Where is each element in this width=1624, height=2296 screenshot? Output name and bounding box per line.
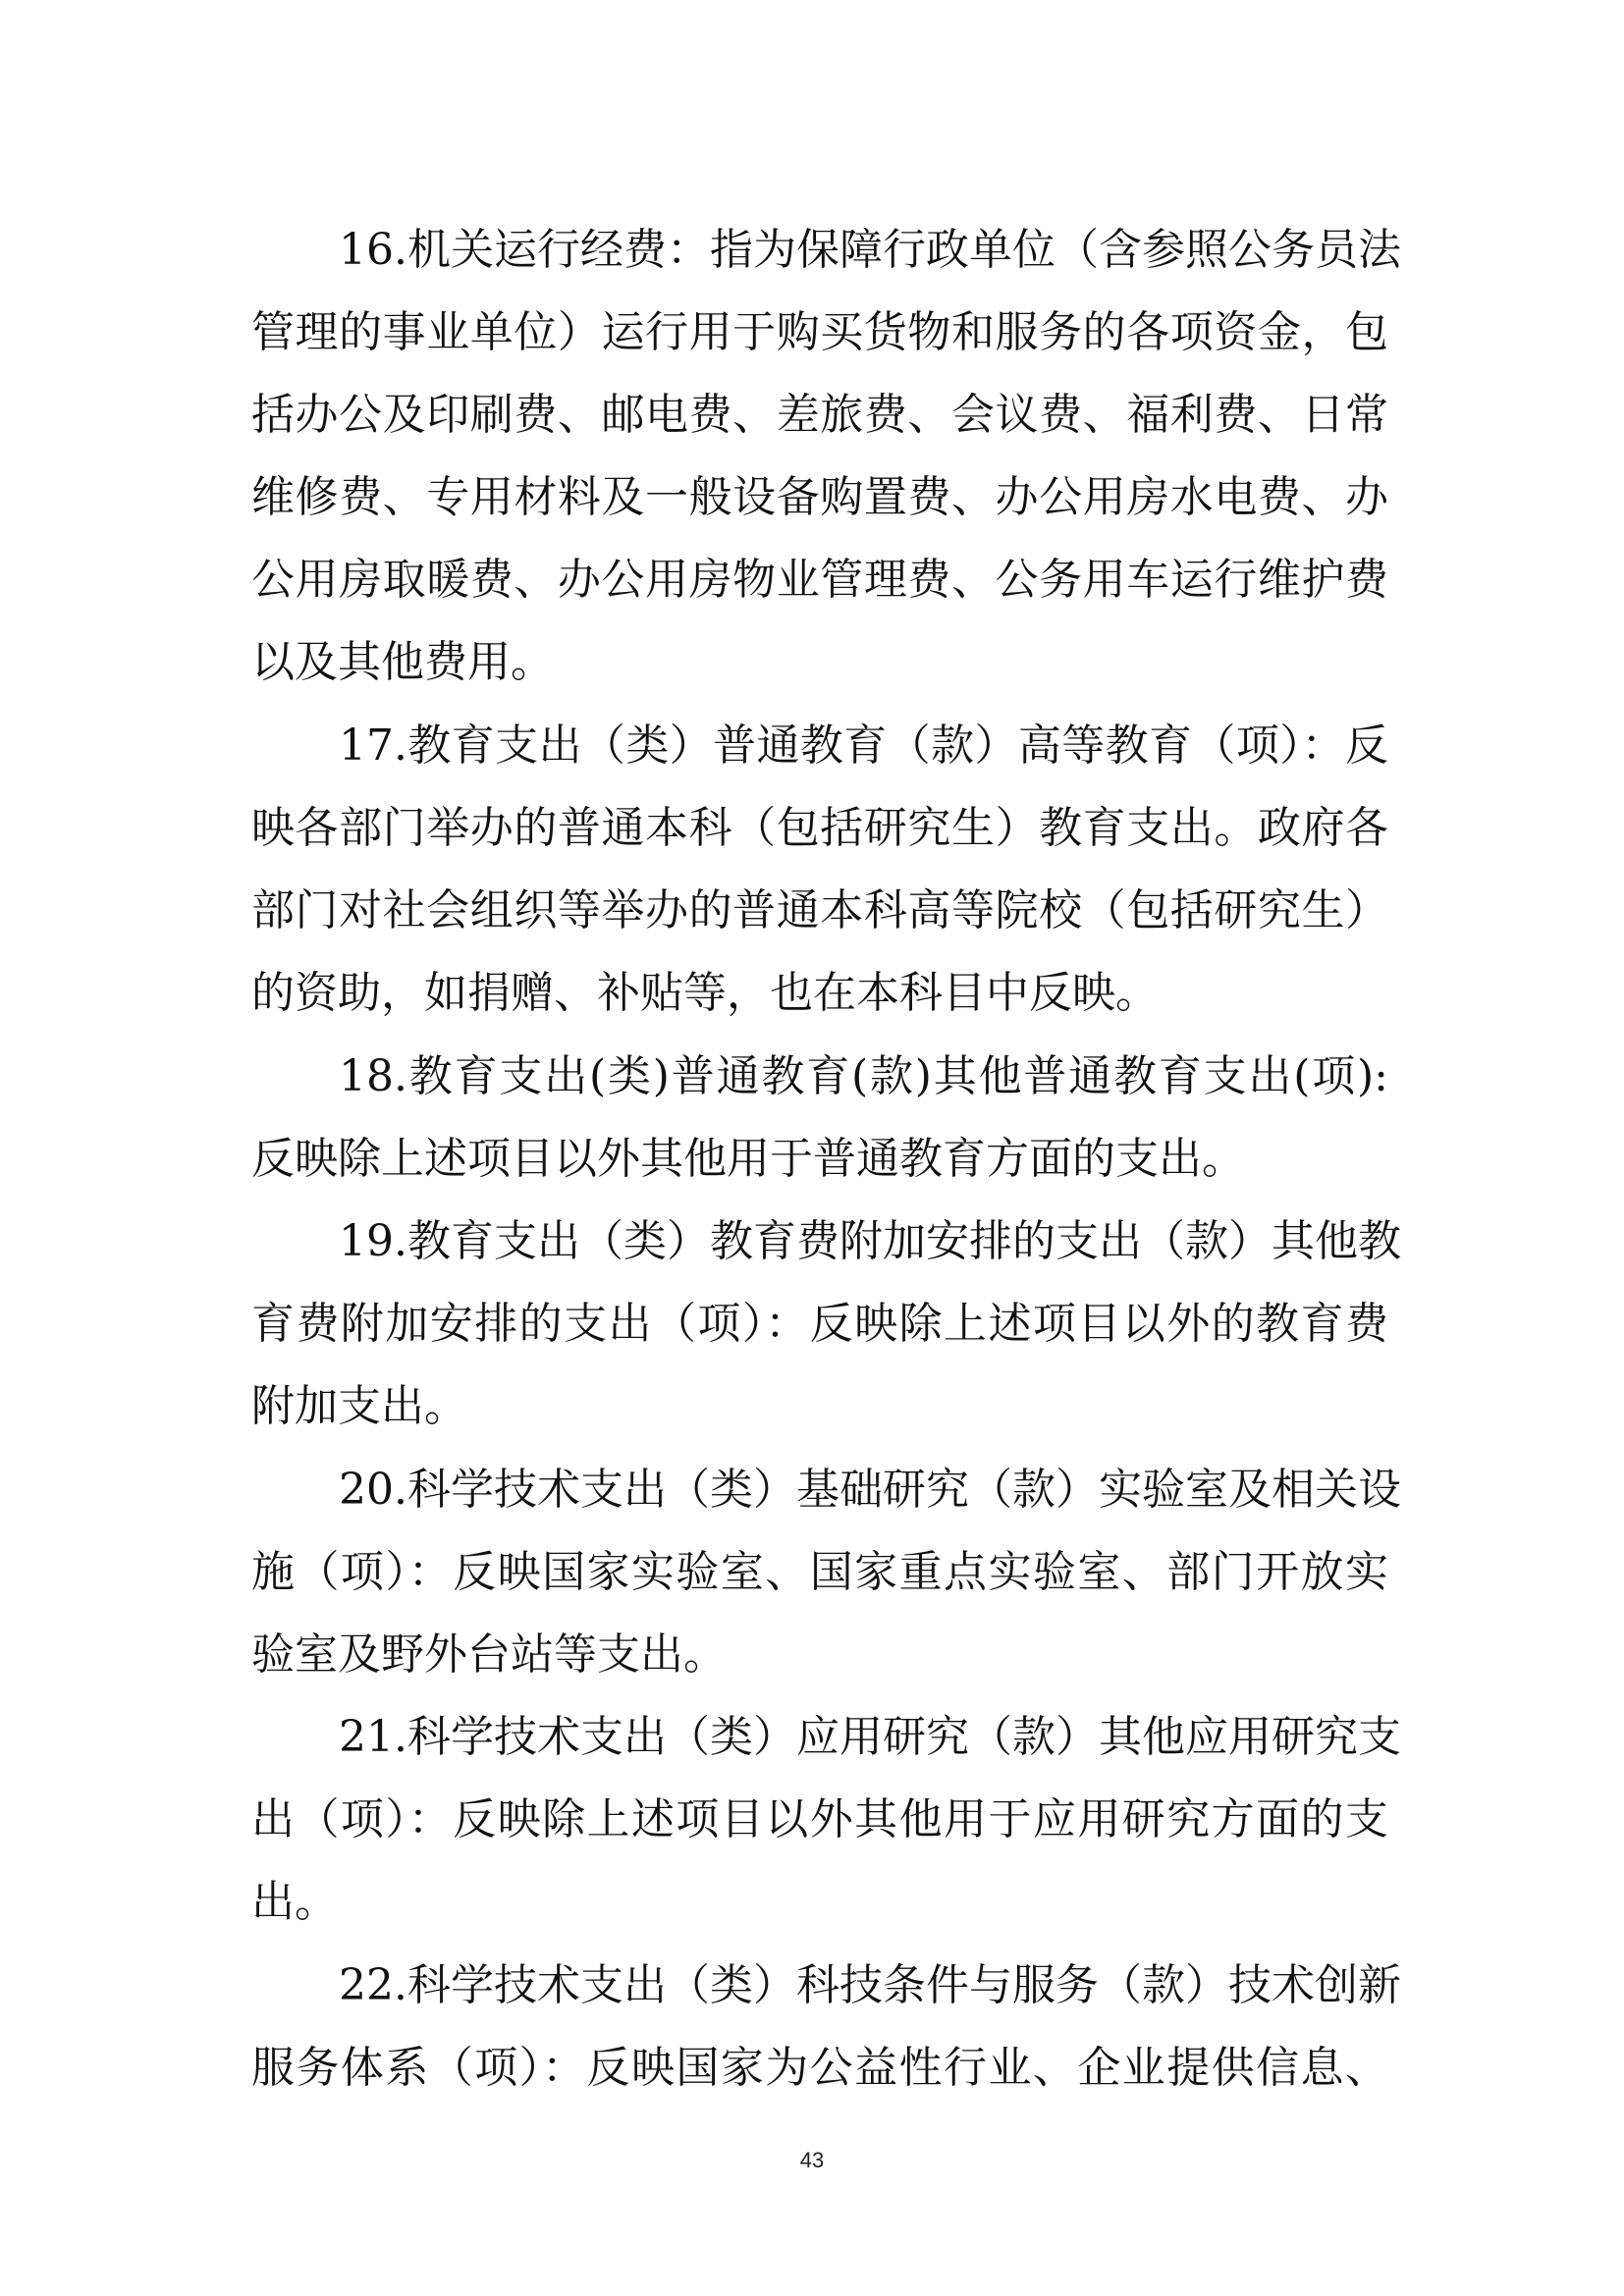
text-line: 公用房取暖费、办公用房物业管理费、公务用车运行维护费: [251, 539, 1388, 621]
text-line: 22.科学技术支出（类）科技条件与服务（款）技术创新: [339, 1945, 1388, 2027]
text-line: 16.机关运行经费：指为保障行政单位（含参照公务员法: [339, 209, 1388, 292]
text-line: 以及其他费用。: [251, 621, 1388, 704]
text-line: 出。: [251, 1861, 1388, 1944]
text-line: 维修费、专用材料及一般设备购置费、办公用房水电费、办: [251, 456, 1388, 539]
text-line: 19.教育支出（类）教育费附加安排的支出（款）其他教: [339, 1201, 1388, 1283]
text-line: 管理的事业单位）运行用于购买货物和服务的各项资金，包: [251, 292, 1388, 374]
text-line: 出（项）：反映除上述项目以外其他用于应用研究方面的支: [251, 1779, 1388, 1861]
text-line: 18.教育支出(类)普通教育(款)其他普通教育支出(项):: [339, 1036, 1388, 1118]
text-line: 施（项）：反映国家实验室、国家重点实验室、部门开放实: [251, 1531, 1388, 1614]
text-line: 部门对社会组织等举办的普通本科高等院校（包括研究生）: [251, 870, 1388, 952]
text-line: 服务体系（项）：反映国家为公益性行业、企业提供信息、: [251, 2027, 1388, 2109]
text-line: 附加支出。: [251, 1365, 1388, 1448]
text-line: 括办公及印刷费、邮电费、差旅费、会议费、福利费、日常: [251, 374, 1388, 456]
text-line: 映各部门举办的普通本科（包括研究生）教育支出。政府各: [251, 787, 1388, 870]
text-line: 反映除上述项目以外其他用于普通教育方面的支出。: [251, 1118, 1388, 1201]
text-line: 验室及野外台站等支出。: [251, 1614, 1388, 1696]
text-line: 的资助，如捐赠、补贴等，也在本科目中反映。: [251, 952, 1388, 1035]
text-line: 育费附加安排的支出（项）：反映除上述项目以外的教育费: [251, 1283, 1388, 1365]
text-line: 21.科学技术支出（类）应用研究（款）其他应用研究支: [339, 1696, 1388, 1779]
page-number: 43: [0, 2148, 1624, 2173]
text-line: 17.教育支出（类）普通教育（款）高等教育（项）：反: [339, 705, 1388, 787]
text-line: 20.科学技术支出（类）基础研究（款）实验室及相关设: [339, 1449, 1388, 1531]
document-page: 16.机关运行经费：指为保障行政单位（含参照公务员法 管理的事业单位）运行用于购…: [0, 0, 1624, 2296]
